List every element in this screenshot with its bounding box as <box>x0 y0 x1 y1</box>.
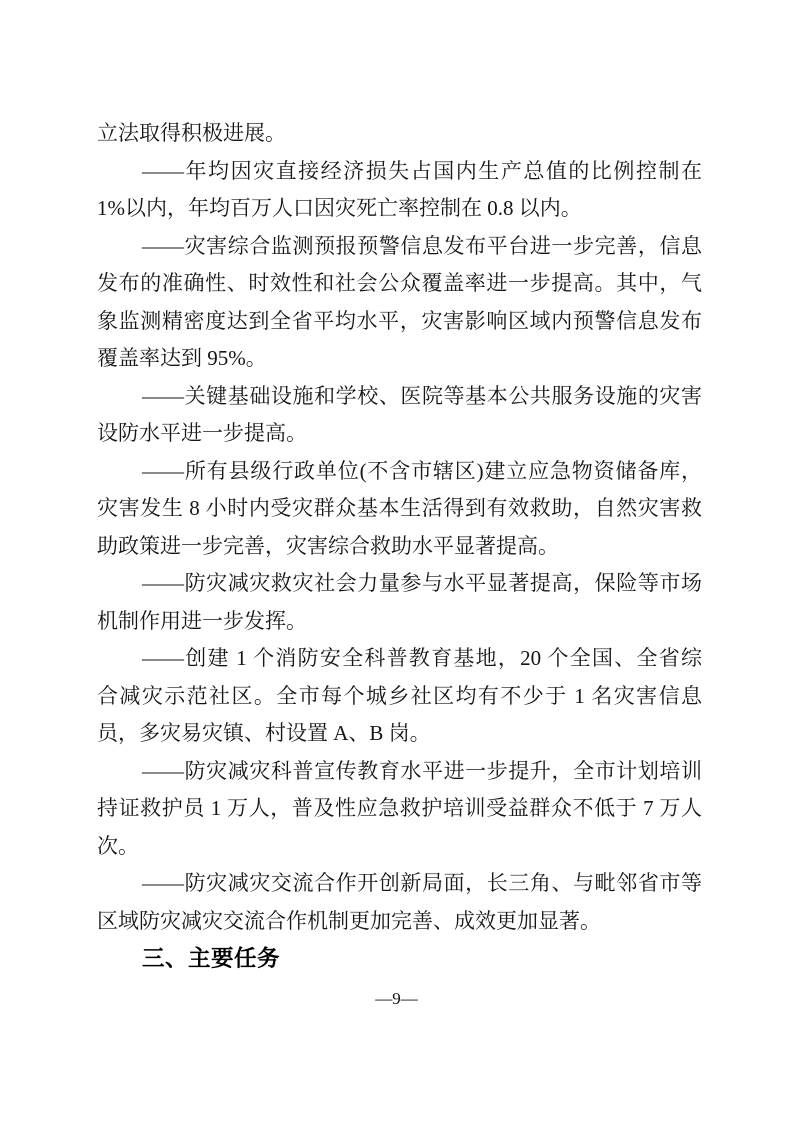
paragraph-line: ——关键基础设施和学校、医院等基本公共服务设施的灾害 <box>97 378 702 416</box>
paragraph-line: 助政策进一步完善，灾害综合救助水平显著提高。 <box>97 528 702 566</box>
paragraph-line: 次。 <box>97 828 702 866</box>
paragraph-line: ——年均因灾直接经济损失占国内生产总值的比例控制在 <box>97 153 702 191</box>
paragraph-line: ——防灾减灾交流合作开创新局面，长三角、与毗邻省市等 <box>97 865 702 903</box>
paragraph-line: 1%以内，年均百万人口因灾死亡率控制在 0.8 以内。 <box>97 190 702 228</box>
paragraph-line: 合减灾示范社区。全市每个城乡社区均有不少于 1 名灾害信息 <box>97 678 702 716</box>
paragraph-line: 覆盖率达到 95%。 <box>97 340 702 378</box>
paragraph-line: 设防水平进一步提高。 <box>97 415 702 453</box>
paragraph-line: 持证救护员 1 万人，普及性应急救护培训受益群众不低于 7 万人 <box>97 790 702 828</box>
section-heading: 三、主要任务 <box>97 940 702 978</box>
page-number: —9— <box>0 988 793 1010</box>
document-body: 立法取得积极进展。 ——年均因灾直接经济损失占国内生产总值的比例控制在 1%以内… <box>97 115 702 978</box>
paragraph-line: ——创建 1 个消防安全科普教育基地，20 个全国、全省综 <box>97 640 702 678</box>
paragraph-line: ——防灾减灾救灾社会力量参与水平显著提高，保险等市场 <box>97 565 702 603</box>
paragraph-line: ——防灾减灾科普宣传教育水平进一步提升，全市计划培训 <box>97 753 702 791</box>
paragraph-line: 区域防灾减灾交流合作机制更加完善、成效更加显著。 <box>97 903 702 941</box>
paragraph-line: 发布的准确性、时效性和社会公众覆盖率进一步提高。其中，气 <box>97 265 702 303</box>
paragraph-line: 机制作用进一步发挥。 <box>97 603 702 641</box>
paragraph-line: 灾害发生 8 小时内受灾群众基本生活得到有效救助，自然灾害救 <box>97 490 702 528</box>
paragraph-line: 象监测精密度达到全省平均水平，灾害影响区域内预警信息发布 <box>97 303 702 341</box>
document-page: 立法取得积极进展。 ——年均因灾直接经济损失占国内生产总值的比例控制在 1%以内… <box>0 0 793 1122</box>
paragraph-line: ——所有县级行政单位(不含市辖区)建立应急物资储备库， <box>97 453 702 491</box>
paragraph-line: 员，多灾易灾镇、村设置 A、B 岗。 <box>97 715 702 753</box>
paragraph-line: 立法取得积极进展。 <box>97 115 702 153</box>
paragraph-line: ——灾害综合监测预报预警信息发布平台进一步完善，信息 <box>97 228 702 266</box>
